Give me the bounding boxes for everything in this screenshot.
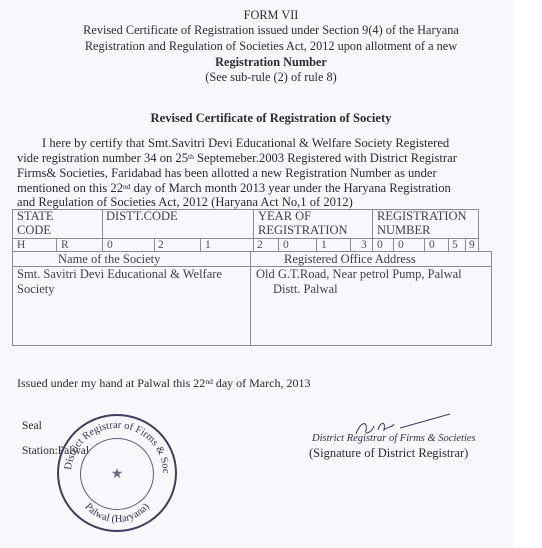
divider <box>250 251 251 346</box>
divider <box>278 238 279 252</box>
divider <box>448 238 449 252</box>
divider <box>154 238 155 252</box>
divider <box>253 209 254 252</box>
header-regno-2: NUMBER <box>377 224 430 237</box>
divider <box>102 209 103 252</box>
distt-code-digit: 2 <box>158 239 164 251</box>
regno-digit: 5 <box>452 239 458 251</box>
regno-digit: 0 <box>398 239 404 251</box>
society-name-line-2: Society <box>17 283 55 296</box>
state-code-digit: R <box>61 239 69 251</box>
distt-code-digit: 0 <box>107 239 113 251</box>
divider <box>372 209 373 252</box>
divider <box>350 238 351 252</box>
header-distt-code: DISTT.CODE <box>106 210 178 223</box>
header-regno-1: REGISTRATION <box>377 210 467 223</box>
header-line-4: (See sub-rule (2) of rule 8) <box>0 70 542 85</box>
signature-designation: District Registrar of Firms & Societies <box>312 433 476 444</box>
svg-text:Palwal (Haryana): Palwal (Haryana) <box>82 501 152 525</box>
superscript: th <box>188 152 194 161</box>
form-number: FORM VII <box>0 8 542 23</box>
signature-caption: (Signature of District Registrar) <box>309 446 468 461</box>
superscript: nd <box>205 377 213 386</box>
address-header: Registered Office Address <box>284 253 416 266</box>
seal-text-ring: District Registrar of Firms & Societies … <box>57 414 177 532</box>
address-line-1: Old G.T.Road, Near petrol Pump, Palwal <box>256 268 462 281</box>
seal-label: Seal <box>22 419 42 434</box>
header-line-1: Revised Certificate of Registration issu… <box>0 23 542 38</box>
certification-line-5: and Regulation of Societies Act, 2012 (H… <box>17 195 353 210</box>
certification-line-1: I here by certify that Smt.Savitri Devi … <box>42 136 449 151</box>
regno-digit: 0 <box>377 239 383 251</box>
divider <box>465 238 466 252</box>
svg-text:District Registrar of Firms &: District Registrar of Firms & Societies <box>57 414 171 474</box>
certification-line-3: Firms& Societies, Faridabad has been all… <box>17 166 437 181</box>
superscript: nd <box>123 182 131 191</box>
divider <box>12 238 479 239</box>
text: vide registration number 34 on 25 <box>17 151 188 165</box>
state-code-digit: H <box>17 239 25 251</box>
header-state-code-2: CODE <box>17 224 51 237</box>
text: mentioned on this 22 <box>17 181 123 195</box>
divider <box>316 238 317 252</box>
society-name-line-1: Smt. Savitri Devi Educational & Welfare <box>17 268 222 281</box>
issued-line: Issued under my hand at Palwal this 22nd… <box>17 376 310 391</box>
regno-digit: 0 <box>429 239 435 251</box>
address-line-2: Distt. Palwal <box>273 283 338 296</box>
name-header: Name of the Society <box>58 253 160 266</box>
distt-code-digit: 1 <box>205 239 211 251</box>
svg-text:★: ★ <box>111 467 124 482</box>
divider <box>393 238 394 252</box>
divider <box>424 238 425 252</box>
text: Septemeber.2003 Registered with District… <box>194 151 457 165</box>
certification-line-4: mentioned on this 22nd day of March mont… <box>17 181 451 196</box>
year-digit: 0 <box>283 239 289 251</box>
certification-line-2: vide registration number 34 on 25th Sept… <box>17 151 457 166</box>
year-digit: 1 <box>321 239 327 251</box>
certificate-title: Revised Certificate of Registration of S… <box>0 111 542 126</box>
text: day of March month 2013 year under the H… <box>131 181 451 195</box>
header-year-2: REGISTRATION <box>258 224 348 237</box>
header-year-1: YEAR OF <box>258 210 311 223</box>
text: Issued under my hand at Palwal this 22 <box>17 376 205 390</box>
divider <box>56 238 57 252</box>
year-digit: 3 <box>361 239 367 251</box>
divider <box>200 238 201 252</box>
header-state-code-1: STATE <box>17 210 54 223</box>
year-digit: 2 <box>257 239 263 251</box>
regno-digit: 9 <box>469 239 475 251</box>
header-line-3: Registration Number <box>0 55 542 70</box>
header-line-2: Registration and Regulation of Societies… <box>0 39 542 54</box>
text: day of March, 2013 <box>213 376 311 390</box>
